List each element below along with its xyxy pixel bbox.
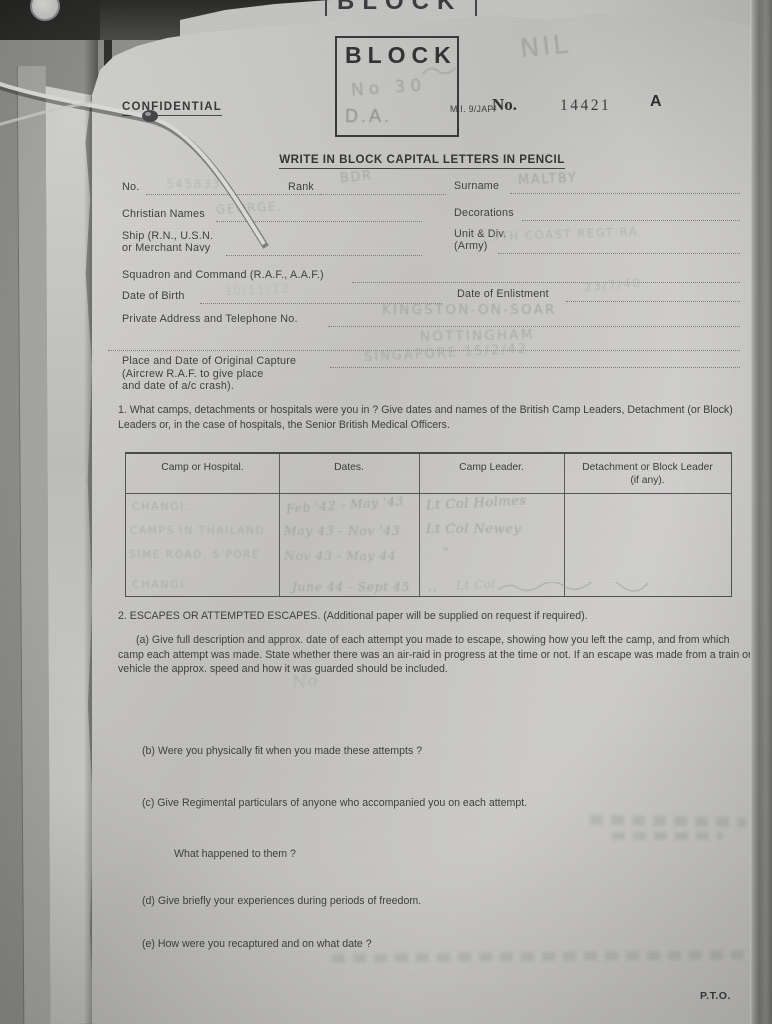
surname-field-line [510,192,740,194]
table-row-camp: SIME ROAD, S'PORE [129,549,260,561]
section-2b-text: (b) Were you physically fit when you mad… [142,744,702,759]
questionnaire-page: CONFIDENTIAL BLOCK No 30 D.A. M.I. 9/JAP… [92,0,752,1024]
capture-label-line1: Place and Date of Original Capture [122,355,296,367]
table-row-leader-ditto: ” [442,546,450,562]
enlistment-line [566,300,740,302]
decorations-line [522,219,740,221]
block-number-stamp: BLOCK No 30 D.A. [335,36,459,137]
table-header-row: Camp or Hospital. Dates. Camp Leader. De… [126,454,731,494]
address-value-line1: KINGSTON-ON-SOAR [382,302,557,318]
dob-value: 30/11/12 [224,281,291,298]
surname-field-value: MALTBY [518,171,578,188]
table-row-dates: May 43 - Nov '43 [284,523,400,538]
table-header-dates: Dates. [279,454,419,493]
table-header-detachment: Detachment or Block Leader (if any). [564,454,731,493]
unit-line [498,252,740,254]
table-header-leader: Camp Leader. [419,454,564,493]
adjacent-page-edge [750,0,772,1024]
ship-line [226,254,422,256]
ship-label-line2: or Merchant Navy [122,242,210,254]
no-field-value: 545833 [166,177,221,191]
rank-field-line [320,193,446,195]
block-stamp-partial-text: BLOCK [337,0,462,16]
capture-label-line3: and date of a/c crash). [122,380,234,392]
form-reference: M.I. 9/JAP/ [450,104,496,114]
table-body: CHANGI. CAMPS IN THAILAND SIME ROAD, S'P… [126,494,731,596]
section-2-heading: 2. ESCAPES OR ATTEMPTED ESCAPES. (Additi… [118,609,758,624]
confidential-marking: CONFIDENTIAL [122,101,222,116]
serial-no-label: No. [492,95,517,115]
question-1-text: 1. What camps, detachments or hospitals … [118,403,750,432]
form-instruction-heading: WRITE IN BLOCK CAPITAL LETTERS IN PENCIL [92,153,752,166]
series-letter: A [650,93,662,111]
capture-label-line2: (Aircrew R.A.F. to give place [122,368,263,380]
ship-label-line1: Ship (R.N., U.S.N. [122,230,213,242]
unit-label-line2: (Army) [454,240,488,252]
bleed-through-smudge [612,832,722,840]
unit-value: 9TH COAST REGT RA [492,224,639,243]
section-2c-followup: What happened to them ? [174,847,574,862]
address-label: Private Address and Telephone No. [122,313,298,325]
bleed-through-smudge [332,950,752,963]
christian-names-line [216,220,422,222]
enlistment-value: 23/7/40 [583,276,641,295]
table-row-dates: Nov 43 - May 44 [284,548,396,563]
squadron-label: Squadron and Command (R.A.F., A.A.F.) [122,269,324,281]
dob-label: Date of Birth [122,290,185,302]
da-stamp-text: D.A. [345,106,392,127]
rank-field-label: Rank [288,181,314,193]
camps-table: Camp or Hospital. Dates. Camp Leader. De… [125,452,732,597]
block-number-handwritten: No 30 [350,75,426,100]
table-header-camp: Camp or Hospital. [126,454,279,493]
section-2d-text: (d) Give briefly your experiences during… [142,894,702,909]
section-2a-answer: No [291,671,319,694]
table-row-camp: CHANGI. [132,500,190,513]
bleed-through-smudge [590,815,746,828]
squadron-line [352,281,740,283]
section-2e-text: (e) How were you recaptured and on what … [142,937,702,952]
enlistment-label: Date of Enlistment [457,288,549,300]
section-2c-text: (c) Give Regimental particulars of anyon… [142,796,702,811]
table-row-leader-ditto: ,, [428,578,438,594]
table-row-dates: Feb '42 - May '43 [286,493,405,516]
table-row-leader: Lt Col Newey [426,522,521,537]
section-2a-text: (a) Give full description and approx. da… [118,633,752,677]
table-row-camp: CHANGI [132,578,185,591]
no-field-label: No. [122,181,139,193]
block-stamp-partial: BLOCK [325,0,477,16]
decorations-label: Decorations [454,207,514,219]
rank-field-value: BDR [339,169,373,187]
table-row-camp: CAMPS IN THAILAND [130,525,265,537]
table-row-leader-extra: Lt Col [456,577,496,592]
scanned-document-photo: BLOCK CONFIDENTIAL BLOCK No 30 D.A. M.I.… [0,0,772,1024]
nil-annotation: NIL [519,29,572,64]
page-turn-over-note: P.T.O. [700,990,731,1002]
surname-field-label: Surname [454,180,499,192]
capture-value: SINGAPORE 15/2/42 [364,342,529,366]
block-stamp-text: BLOCK [345,42,457,69]
capture-line [330,366,740,368]
table-row-dates: June 44 - Sept 45 [292,579,410,594]
no-field-line [146,193,322,195]
table-row-leader: Lt Col Holmes [426,493,527,513]
illegible-scrawl [496,582,656,596]
christian-names-value: GEORGE. [216,199,283,216]
serial-number: 14421 [560,97,611,115]
christian-names-label: Christian Names [122,208,205,220]
